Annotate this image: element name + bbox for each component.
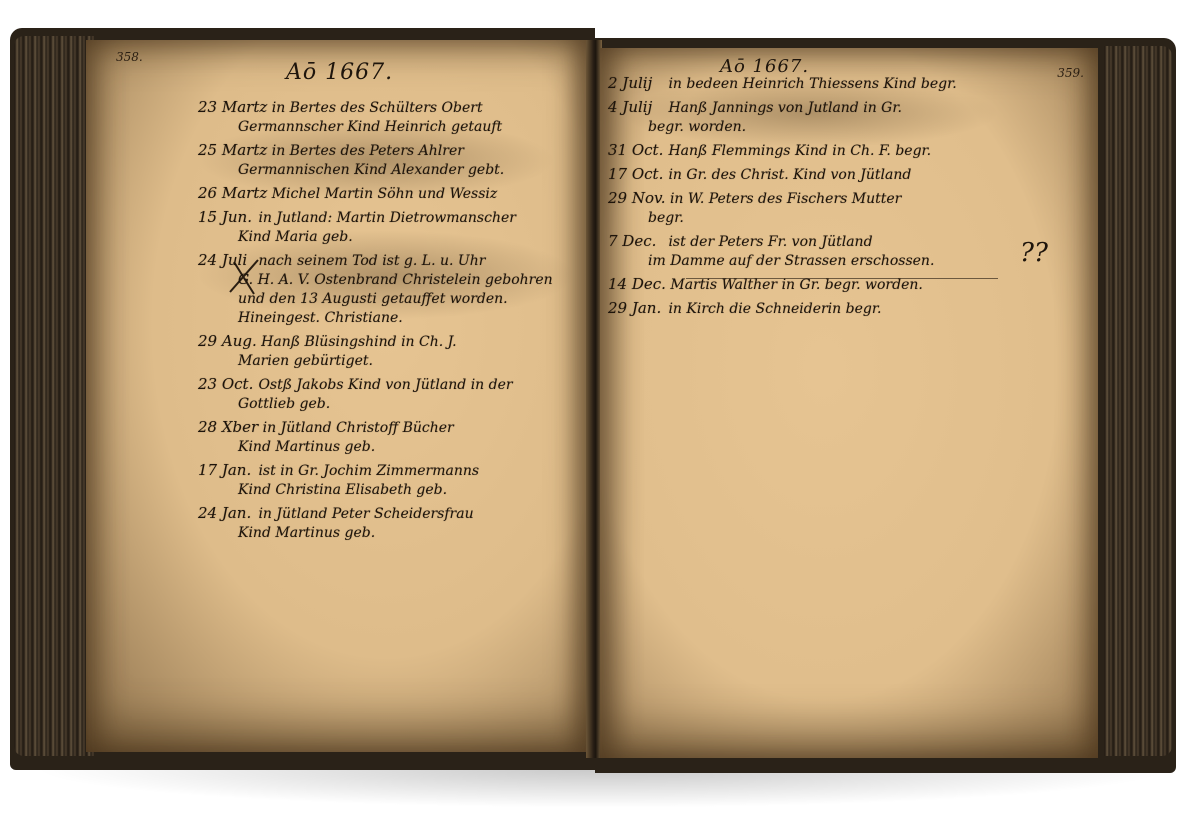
entry-date: 23 Oct. bbox=[198, 375, 254, 394]
register-entry: 4 Julij Hanß Jannings von Jutland in Gr.… bbox=[608, 98, 998, 137]
left-page: 358. Aō 1667. 23 Martz in Bertes des Sch… bbox=[86, 40, 586, 752]
register-entry: 24 Juli nach seinem Tod ist g. L. u. Uhr… bbox=[198, 251, 578, 328]
entry-text: in Bertes des Peters Ahlrer bbox=[272, 143, 464, 159]
right-page: 359. Aō 1667. 2 Julij in bedeen Heinrich… bbox=[600, 48, 1098, 758]
register-entry: 15 Jun. in Jutland: Martin Dietrowmansch… bbox=[198, 208, 578, 247]
entry-continuation: Kind Christina Elisabeth geb. bbox=[198, 481, 578, 500]
margin-question-marks: ?? bbox=[1020, 238, 1048, 268]
entry-date: 31 Oct. bbox=[608, 141, 664, 160]
entry-text: Hanß Flemmings Kind in Ch. F. begr. bbox=[668, 143, 931, 159]
open-book: 358. Aō 1667. 23 Martz in Bertes des Sch… bbox=[10, 28, 1176, 773]
entry-text: ist der Peters Fr. von Jütland bbox=[668, 234, 872, 250]
entry-text: Hanß Blüsingshind in Ch. J. bbox=[261, 334, 456, 350]
register-entry: 29 Jan. in Kirch die Schneiderin begr. bbox=[608, 299, 998, 319]
entry-text: Michel Martin Söhn und Wessiz bbox=[272, 186, 498, 202]
entry-date: 29 Aug. bbox=[198, 332, 257, 351]
entry-date: 23 Martz bbox=[198, 98, 267, 117]
entry-text: Ostß Jakobs Kind von Jütland in der bbox=[258, 377, 512, 393]
entry-continuation: begr. bbox=[608, 209, 998, 228]
register-entry: 23 Martz in Bertes des Schülters ObertGe… bbox=[198, 98, 578, 137]
page-number: 359. bbox=[1057, 66, 1084, 80]
entry-date: 7 Dec. bbox=[608, 232, 664, 251]
entry-text: in W. Peters des Fischers Mutter bbox=[670, 191, 901, 207]
register-entry: 26 Martz Michel Martin Söhn und Wessiz bbox=[198, 184, 578, 204]
underline-rule bbox=[686, 278, 998, 279]
entry-date: 26 Martz bbox=[198, 184, 267, 203]
entry-text: Martis Walther in Gr. begr. worden. bbox=[670, 277, 922, 293]
register-entry: 24 Jan. in Jütland Peter ScheidersfrauKi… bbox=[198, 504, 578, 543]
entry-date: 4 Julij bbox=[608, 98, 664, 117]
book-shadow bbox=[30, 768, 1176, 808]
register-entry: 31 Oct. Hanß Flemmings Kind in Ch. F. be… bbox=[608, 141, 998, 161]
entry-continuation: Marien gebürtiget. bbox=[198, 352, 578, 371]
entry-date: 28 Xber bbox=[198, 418, 258, 437]
entry-text: nach seinem Tod ist g. L. u. Uhr bbox=[258, 253, 485, 269]
register-entry: 29 Nov. in W. Peters des Fischers Mutter… bbox=[608, 189, 998, 228]
entry-continuation: Kind Martinus geb. bbox=[198, 438, 578, 457]
entry-date: 2 Julij bbox=[608, 74, 664, 93]
register-entry: 23 Oct. Ostß Jakobs Kind von Jütland in … bbox=[198, 375, 578, 414]
register-entry: 7 Dec. ist der Peters Fr. von Jütlandim … bbox=[608, 232, 998, 271]
entry-date: 17 Jan. bbox=[198, 461, 254, 480]
entry-continuation: begr. worden. bbox=[608, 118, 998, 137]
register-entries-right: 2 Julij in bedeen Heinrich Thiessens Kin… bbox=[608, 74, 998, 323]
entry-date: 25 Martz bbox=[198, 141, 267, 160]
entry-text: in Jutland: Martin Dietrowmanscher bbox=[258, 210, 516, 226]
entry-date: 15 Jun. bbox=[198, 208, 254, 227]
page-number: 358. bbox=[116, 50, 143, 64]
entry-date: 29 Jan. bbox=[608, 299, 664, 318]
entry-text: in Kirch die Schneiderin begr. bbox=[668, 301, 881, 317]
register-entry: 25 Martz in Bertes des Peters AhlrerGerm… bbox=[198, 141, 578, 180]
entry-text: in Jütland Peter Scheidersfrau bbox=[258, 506, 473, 522]
register-entry: 2 Julij in bedeen Heinrich Thiessens Kin… bbox=[608, 74, 998, 94]
register-entry: 28 Xber in Jütland Christoff BücherKind … bbox=[198, 418, 578, 457]
entry-date: 24 Jan. bbox=[198, 504, 254, 523]
entry-continuation: Kind Martinus geb. bbox=[198, 524, 578, 543]
entry-date: 24 Juli bbox=[198, 251, 254, 270]
entry-continuation: G. H. A. V. Ostenbrand Christelein geboh… bbox=[198, 271, 578, 328]
entry-continuation: Germannischen Kind Alexander gebt. bbox=[198, 161, 578, 180]
page-heading-year: Aō 1667. bbox=[286, 60, 393, 85]
entry-date: 14 Dec. bbox=[608, 275, 666, 294]
entry-text: in bedeen Heinrich Thiessens Kind begr. bbox=[668, 76, 956, 92]
register-entries-left: 23 Martz in Bertes des Schülters ObertGe… bbox=[198, 98, 578, 547]
entry-text: in Jütland Christoff Bücher bbox=[263, 420, 454, 436]
register-entry: 29 Aug. Hanß Blüsingshind in Ch. J.Marie… bbox=[198, 332, 578, 371]
entry-text: ist in Gr. Jochim Zimmermanns bbox=[258, 463, 479, 479]
entry-continuation: im Damme auf der Strassen erschossen. bbox=[608, 252, 998, 271]
entry-continuation: Kind Maria geb. bbox=[198, 228, 578, 247]
entry-text: in Bertes des Schülters Obert bbox=[272, 100, 483, 116]
register-entry: 17 Oct. in Gr. des Christ. Kind von Jütl… bbox=[608, 165, 998, 185]
entry-date: 17 Oct. bbox=[608, 165, 664, 184]
entry-date: 29 Nov. bbox=[608, 189, 665, 208]
register-entry: 17 Jan. ist in Gr. Jochim ZimmermannsKin… bbox=[198, 461, 578, 500]
entry-text: in Gr. des Christ. Kind von Jütland bbox=[668, 167, 911, 183]
page-edges-left bbox=[14, 36, 94, 756]
page-edges-right bbox=[1104, 46, 1172, 756]
entry-continuation: Germannscher Kind Heinrich getauft bbox=[198, 118, 578, 137]
entry-text: Hanß Jannings von Jutland in Gr. bbox=[668, 100, 902, 116]
entry-continuation: Gottlieb geb. bbox=[198, 395, 578, 414]
